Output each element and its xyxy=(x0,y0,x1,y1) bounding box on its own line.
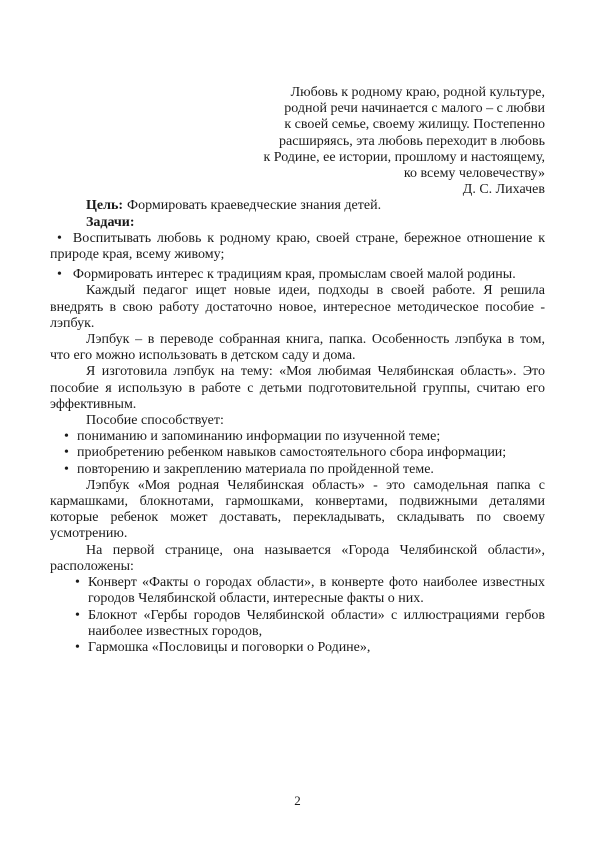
task-item-text: Формировать интерес к традициям края, пр… xyxy=(73,267,516,282)
first-page-item: •Конверт «Факты о городах области», в ко… xyxy=(50,575,545,607)
benefit-item-text: повторению и закреплению материала по пр… xyxy=(77,462,434,477)
benefit-item: •приобретению ребенком навыков самостоят… xyxy=(50,445,545,461)
bullet-icon: • xyxy=(64,445,69,461)
intro-paragraph-3: Я изготовила лэпбук на тему: «Моя любима… xyxy=(50,364,545,413)
first-page-item-text: Гармошка «Пословицы и поговорки о Родине… xyxy=(88,640,370,655)
description-paragraph-1: Лэпбук «Моя родная Челябинская область» … xyxy=(50,478,545,543)
bullet-icon: • xyxy=(75,640,80,656)
benefit-item: •повторению и закреплению материала по п… xyxy=(50,462,545,478)
document-page: Любовь к родному краю, родной культуре, … xyxy=(0,0,595,842)
description-paragraph-2: На первой странице, она называется «Горо… xyxy=(50,543,545,575)
benefit-item: •пониманию и запоминанию информации по и… xyxy=(50,429,545,445)
epigraph-line: родной речи начинается с малого – с любв… xyxy=(50,101,545,117)
epigraph: Любовь к родному краю, родной культуре, … xyxy=(50,85,545,198)
goal-label: Цель: xyxy=(86,198,123,213)
bullet-icon: • xyxy=(75,575,80,591)
tasks-heading: Задачи: xyxy=(50,215,545,231)
bullet-icon: • xyxy=(57,267,62,282)
first-page-item: •Гармошка «Пословицы и поговорки о Родин… xyxy=(50,640,545,656)
benefits-heading: Пособие способствует: xyxy=(50,413,545,429)
task-item: •Воспитывать любовь к родному краю, свое… xyxy=(50,231,545,263)
first-page-item-text: Конверт «Факты о городах области», в кон… xyxy=(88,575,545,606)
goal-text: Формировать краеведческие знания детей. xyxy=(127,198,381,213)
epigraph-author: Д. С. Лихачев xyxy=(50,182,545,198)
bullet-icon: • xyxy=(57,231,62,246)
bullet-icon: • xyxy=(64,462,69,478)
epigraph-line: ко всему человечеству» xyxy=(50,166,545,182)
intro-paragraph-2: Лэпбук – в переводе собранная книга, пап… xyxy=(50,332,545,364)
bullet-icon: • xyxy=(64,429,69,445)
task-item: •Формировать интерес к традициям края, п… xyxy=(50,267,545,283)
task-item-text: Воспитывать любовь к родному краю, своей… xyxy=(50,231,545,262)
goal-paragraph: Цель:Формировать краеведческие знания де… xyxy=(50,198,545,214)
epigraph-line: расширяясь, эта любовь переходит в любов… xyxy=(50,134,545,150)
first-page-item-text: Блокнот «Гербы городов Челябинской облас… xyxy=(88,608,545,639)
page-number: 2 xyxy=(0,793,595,809)
benefit-item-text: приобретению ребенком навыков самостояте… xyxy=(77,445,506,460)
epigraph-line: к Родине, ее истории, прошлому и настоящ… xyxy=(50,150,545,166)
benefit-item-text: пониманию и запоминанию информации по из… xyxy=(77,429,440,444)
bullet-icon: • xyxy=(75,608,80,624)
first-page-item: •Блокнот «Гербы городов Челябинской обла… xyxy=(50,608,545,640)
epigraph-line: Любовь к родному краю, родной культуре, xyxy=(50,85,545,101)
intro-paragraph-1: Каждый педагог ищет новые идеи, подходы … xyxy=(50,283,545,332)
epigraph-line: к своей семье, своему жилищу. Постепенно xyxy=(50,117,545,133)
